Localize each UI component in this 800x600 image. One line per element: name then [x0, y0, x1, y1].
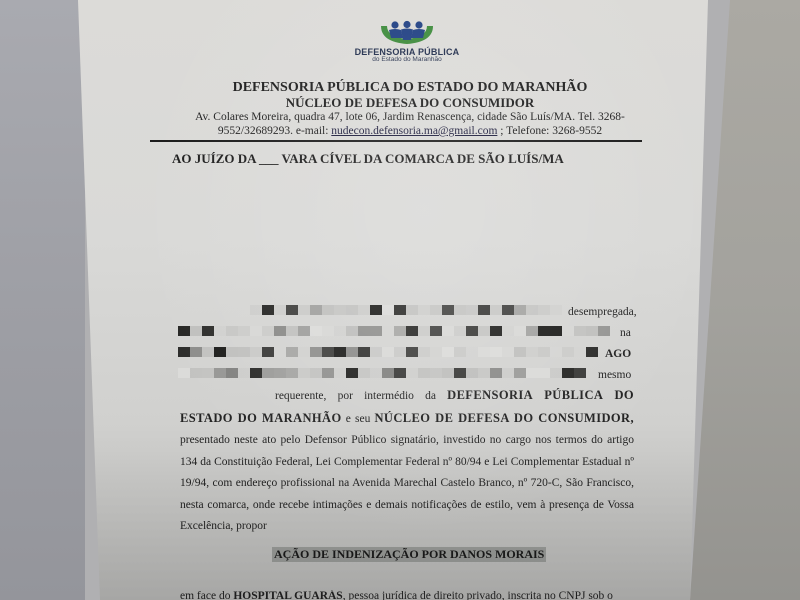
party-suffix: , pessoa jurídica de direito privado, in… [343, 590, 613, 600]
redacted-fragment: AGO [605, 348, 631, 360]
body-mid: e seu [342, 413, 375, 425]
telephone: ; Telefone: 3268-9552 [497, 125, 602, 137]
action-title: AÇÃO DE INDENIZAÇÃO POR DANOS MORAIS [272, 547, 546, 562]
redacted-row [178, 326, 610, 336]
address-line-2-prefix: 9552/32689293. e-mail: [218, 125, 331, 137]
redacted-fragment: mesmo [598, 369, 631, 381]
people-group-logo-icon [377, 20, 437, 46]
redacted-fragment: desempregada, [568, 306, 637, 318]
redacted-row [178, 347, 598, 357]
institution-name: DEFENSORIA PÚBLICA DO ESTADO DO MARANHÃO [180, 80, 640, 96]
party-name: HOSPITAL GUARÁS [233, 590, 342, 600]
monitor-bezel-left [0, 0, 85, 600]
body-line-start: requerente, por intermédio da [275, 390, 447, 402]
redacted-row [178, 368, 586, 378]
redacted-row [250, 305, 562, 315]
party-line: em face do HOSPITAL GUARÁS, pessoa juríd… [180, 590, 640, 600]
body-paragraph: requerente, por intermédio da DEFENSORIA… [180, 385, 634, 538]
address-line-2: 9552/32689293. e-mail: nudecon.defensori… [180, 124, 640, 138]
letterhead: DEFENSORIA PÚBLICA DO ESTADO DO MARANHÃO… [180, 80, 640, 138]
logo: DEFENSORIA PÚBLICA do Estado do Maranhão [352, 20, 462, 70]
department-name: NÚCLEO DE DEFESA DO CONSUMIDOR [180, 96, 640, 110]
addressee-heading: AO JUÍZO DA ___ VARA CÍVEL DA COMARCA DE… [172, 151, 564, 167]
address-line-1: Av. Colares Moreira, quadra 47, lote 06,… [180, 110, 640, 124]
email-link[interactable]: nudecon.defensoria.ma@gmail.com [331, 125, 497, 137]
logo-subtitle: do Estado do Maranhão [352, 56, 462, 63]
party-prefix: em face do [180, 590, 233, 600]
redacted-fragment: na [620, 327, 631, 339]
redacted-block [178, 295, 628, 390]
body-bold-department: NÚCLEO DE DEFESA DO CONSUMIDOR, [374, 411, 634, 425]
header-divider [150, 140, 642, 142]
body-rest: presentado neste ato pelo Defensor Públi… [180, 434, 634, 532]
monitor-bezel-right [690, 0, 800, 600]
